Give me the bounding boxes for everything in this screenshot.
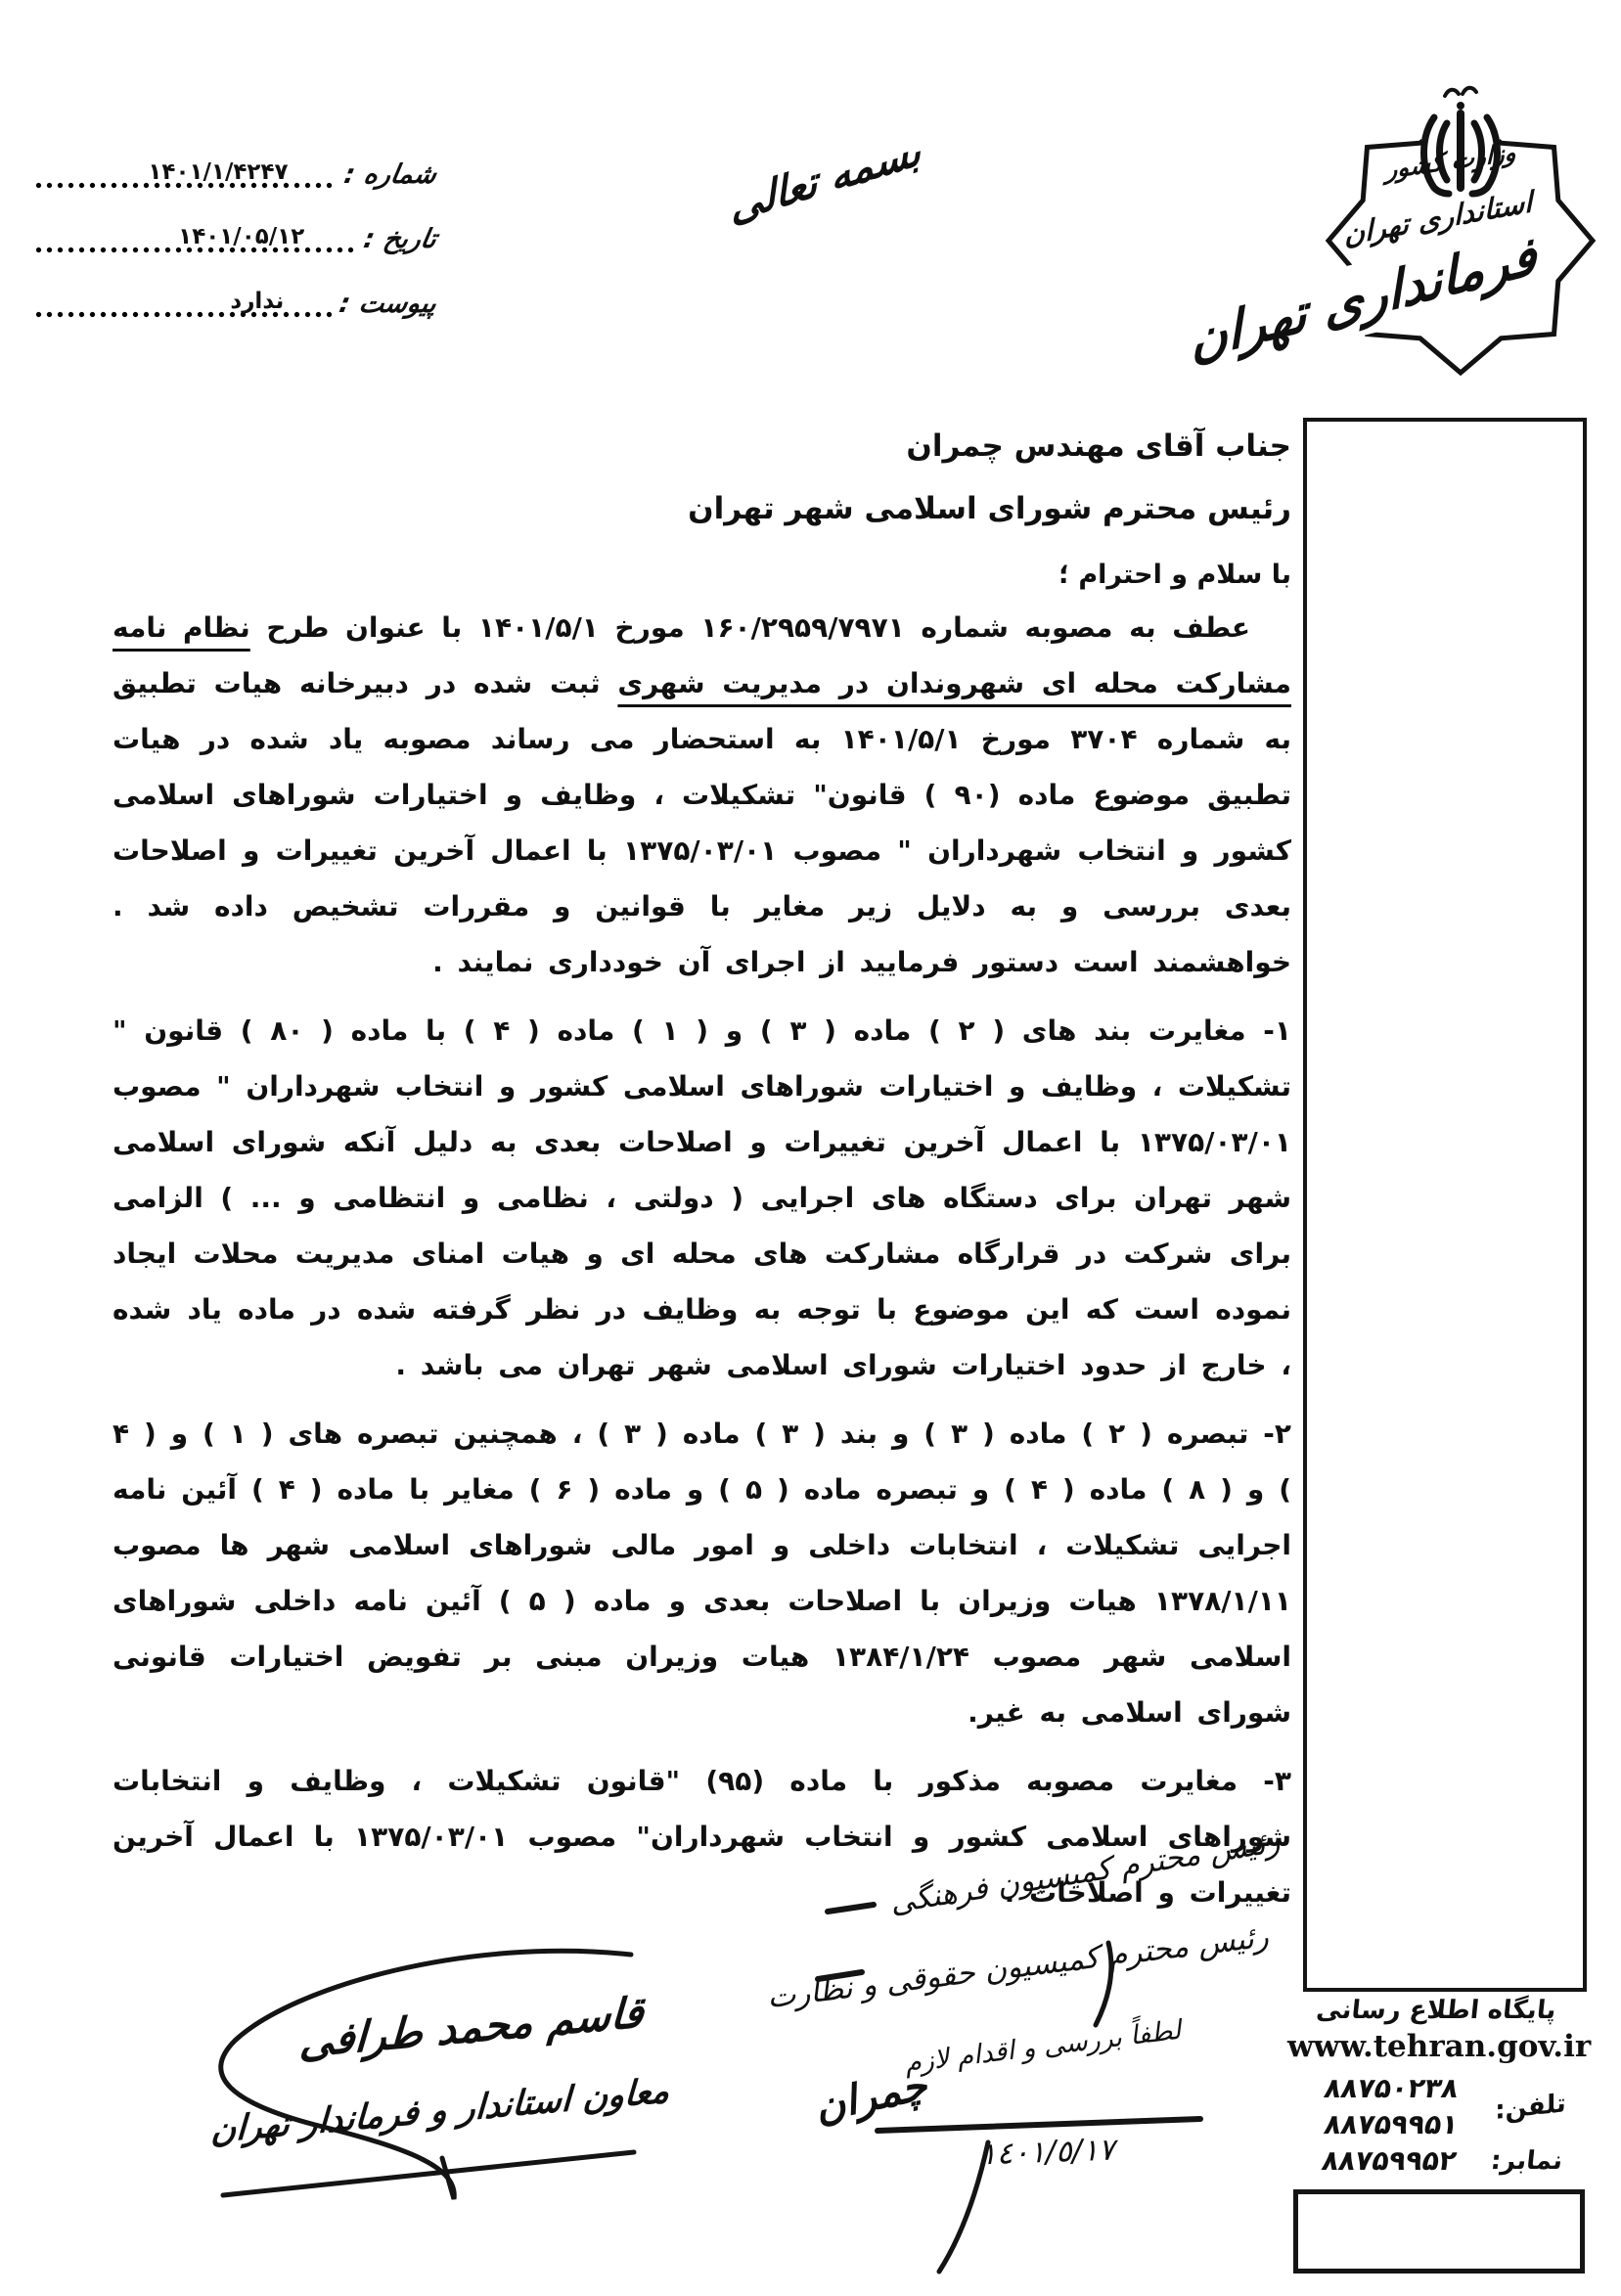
attachment-label: پیوست : [337,289,438,319]
website-url: www.tehran.gov.ir [1287,2029,1585,2064]
recipient-title: رئیس محترم شورای اسلامی شهر تهران [113,477,1291,540]
phone-numbers: ۸۸۷۵۰۲۳۸ ۸۸۷۵۹۹۵۱ [1287,2070,1495,2142]
attachment-dotted-line: ندارد [33,280,332,319]
date-value: ۱۴۰۱/۰۵/۱۲ [178,224,304,249]
opening-paragraph-pre: عطف به مصوبه شماره ۱۶۰/۲۹۵۹/۷۹۷۱ مورخ ۱۴… [250,611,1250,644]
bismillah-calligraphy: بسمه تعالی [728,125,923,232]
bottom-stamp-box [1293,2189,1585,2273]
fax-row: نمابر: ۸۸۷۵۹۹۵۲ [1287,2144,1585,2177]
number-field: شماره : ۱۴۰۱/۱/۴۲۴۷ [33,145,436,190]
objection-item-1: ۱- مغایرت بند های ( ۲ ) ماده ( ۳ ) و ( ۱… [113,1003,1291,1393]
handwritten-signature-chamran: چمران [810,2060,931,2131]
phone-number-2: ۸۸۷۵۹۹۵۱ [1321,2106,1461,2142]
date-dotted-line: ۱۴۰۱/۰۵/۱۲ [33,215,356,254]
salutation: با سلام و احترام ؛ [113,560,1291,590]
number-dotted-line: ۱۴۰۱/۱/۴۲۴۷ [33,151,337,190]
number-label: شماره : [341,159,438,190]
signatory-name: قاسم محمد طرافی [285,1987,657,2069]
signatory-title: معاون استاندار و فرماندار تهران [196,2070,685,2152]
opening-paragraph: عطف به مصوبه شماره ۱۶۰/۲۹۵۹/۷۹۷۱ مورخ ۱۴… [113,600,1291,990]
reference-fields: شماره : ۱۴۰۱/۱/۴۲۴۷ تاریخ : ۱۴۰۱/۰۵/۱۲ پ… [33,145,436,338]
fax-number: ۸۸۷۵۹۹۵۲ [1284,2144,1494,2177]
objection-items: ۱- مغایرت بند های ( ۲ ) ماده ( ۳ ) و ( ۱… [113,1003,1291,1920]
fax-label: نمابر: [1489,2146,1586,2176]
portal-label: پایگاه اطلاع رسانی [1285,1996,1586,2025]
letter-page: شماره : ۱۴۰۱/۱/۴۲۴۷ تاریخ : ۱۴۰۱/۰۵/۱۲ پ… [0,0,1621,2296]
contact-block: پایگاه اطلاع رسانی www.tehran.gov.ir تلف… [1287,1996,1585,2177]
star-border-and-iran-emblem-icon [1189,76,1619,414]
handwritten-note-legal-commission: رئیس محترم کمیسیون حقوقی و نظارت [842,1919,1270,2006]
phone-label: تلفن: [1495,2087,1584,2126]
letterhead-emblem: وزارت کشور استانداری تهران فرمانداری تهر… [1189,76,1619,414]
number-value: ۱۴۰۱/۱/۴۲۴۷ [148,159,288,185]
handwritten-note-action: لطفاً بررسی و اقدام لازم [917,2015,1183,2078]
opening-paragraph-post: ثبت شده در دبیرخانه هیات تطبیق به شماره … [113,667,1291,978]
date-label: تاریخ : [361,224,438,254]
phone-row: تلفن: ۸۸۷۵۰۲۳۸ ۸۸۷۵۹۹۵۱ [1287,2070,1585,2142]
handwritten-date: ١٤٠١/٥/١٧ [979,2133,1115,2173]
right-margin-box [1303,418,1587,1992]
recipient-name: جناب آقای مهندس چمران [113,415,1291,477]
attachment-value: ندارد [230,289,284,314]
date-field: تاریخ : ۱۴۰۱/۰۵/۱۲ [33,209,436,254]
letter-body: جناب آقای مهندس چمران رئیس محترم شورای ا… [113,415,1291,1920]
phone-number-1: ۸۸۷۵۰۲۳۸ [1321,2070,1461,2106]
objection-item-3: ۳- مغایرت مصوبه مذکور با ماده (۹۵) "قانو… [113,1753,1291,1920]
objection-item-2: ۲- تبصره ( ۲ ) ماده ( ۳ ) و بند ( ۳ ) ما… [113,1406,1291,1740]
attachment-field: پیوست : ندارد [33,274,436,319]
